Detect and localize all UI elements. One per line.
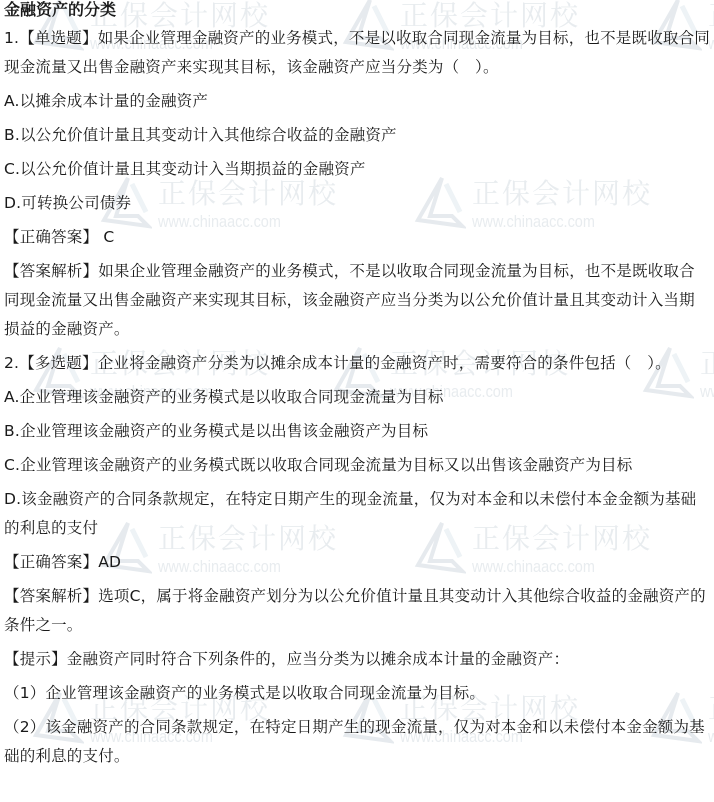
- question-2-option-d: D.该金融资产的合同条款规定，在特定日期产生的现金流量，仅为对本金和以未偿付本金…: [4, 485, 710, 543]
- question-2-explanation: 【答案解析】选项C，属于将金融资产划分为以公允价值计量且其变动计入其他综合收益的…: [4, 582, 710, 640]
- question-1-answer: 【正确答案】 C: [4, 223, 710, 252]
- page-title: 金融资产的分类: [4, 0, 710, 20]
- question-2-stem: 2.【多选题】企业将金融资产分类为以摊余成本计量的金融资产时，需要符合的条件包括…: [4, 349, 710, 378]
- question-1-option-a: A.以摊余成本计量的金融资产: [4, 87, 710, 116]
- question-1-option-c: C.以公允价值计量且其变动计入当期损益的金融资产: [4, 155, 710, 184]
- question-1-stem: 1.【单选题】如果企业管理金融资产的业务模式，不是以收取合同现金流量为目标，也不…: [4, 24, 710, 82]
- tip-condition-2: （2）该金融资产的合同条款规定，在特定日期产生的现金流量，仅为对本金和以未偿付本…: [4, 713, 710, 771]
- question-1-option-d: D.可转换公司债券: [4, 189, 710, 218]
- question-1-option-b: B.以公允价值计量且其变动计入其他综合收益的金融资产: [4, 121, 710, 150]
- question-2-option-b: B.企业管理该金融资产的业务模式是以出售该金融资产为目标: [4, 417, 710, 446]
- question-2-option-c: C.企业管理该金融资产的业务模式既以收取合同现金流量为目标又以出售该金融资产为目…: [4, 451, 710, 480]
- tip-condition-1: （1）企业管理该金融资产的业务模式是以收取合同现金流量为目标。: [4, 679, 710, 708]
- question-1-explanation: 【答案解析】如果企业管理金融资产的业务模式，不是以收取合同现金流量为目标，也不是…: [4, 257, 710, 344]
- tip-heading: 【提示】金融资产同时符合下列条件的，应当分类为以摊余成本计量的金融资产：: [4, 645, 710, 674]
- question-2-answer: 【正确答案】AD: [4, 548, 710, 577]
- document-body: 金融资产的分类 1.【单选题】如果企业管理金融资产的业务模式，不是以收取合同现金…: [0, 0, 714, 771]
- question-2-option-a: A.企业管理该金融资产的业务模式是以收取合同现金流量为目标: [4, 383, 710, 412]
